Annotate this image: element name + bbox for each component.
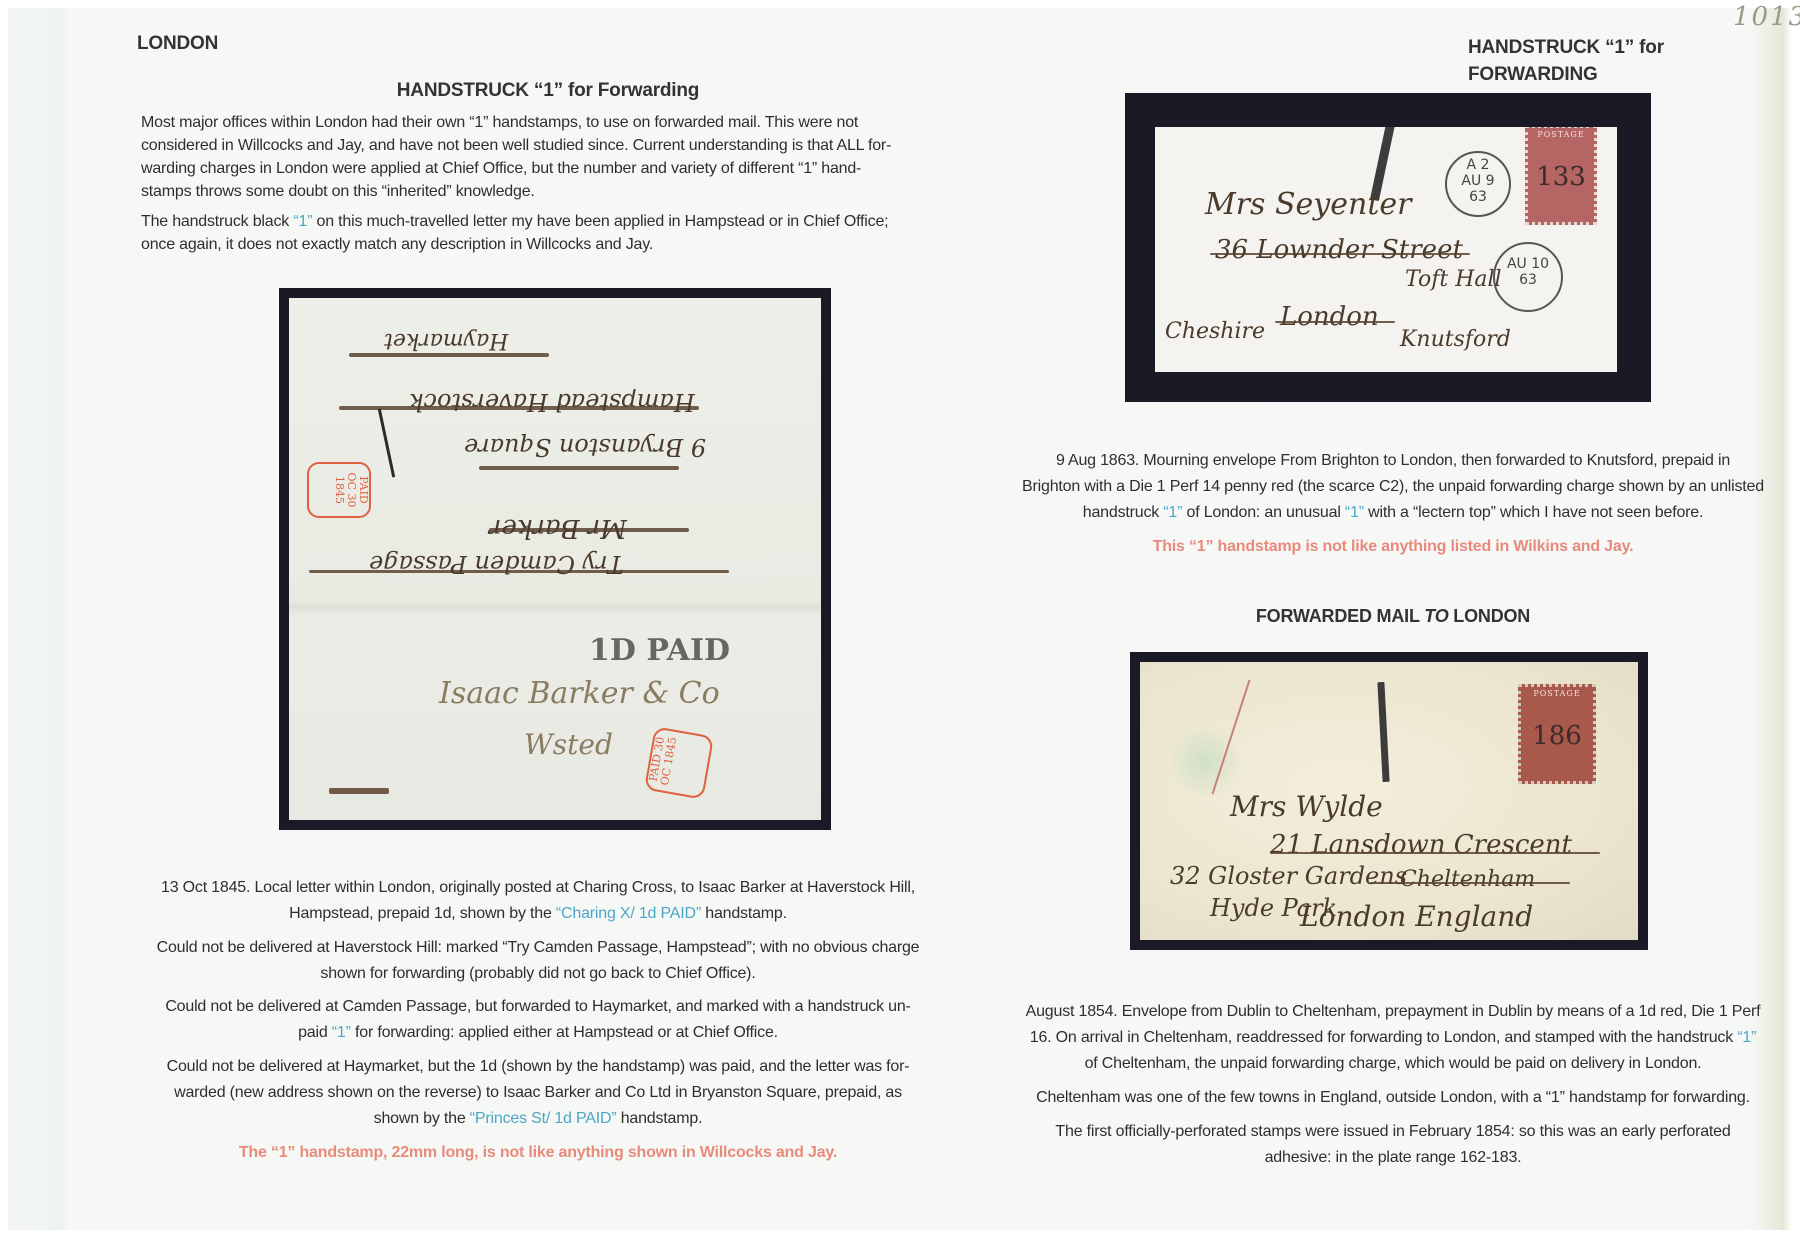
penny-red-stamp: POSTAGE 133	[1525, 127, 1597, 225]
charing-x-highlight: “Charing X/ 1d PAID”	[556, 905, 701, 922]
section-title-london: LONDON	[137, 30, 218, 57]
letter-1845-image: Haymarket Hampstead Haverstock 9 Bryanst…	[279, 288, 831, 830]
page-number-handwritten: 1013	[1733, 2, 1800, 32]
envelope1-note: This “1” handstamp is not like anything …	[998, 533, 1788, 560]
brighton-postmark: A 2AU 963	[1445, 151, 1511, 217]
paid-handstamp: 1D PAID	[589, 633, 730, 668]
penny-red-perf-stamp: POSTAGE 186	[1518, 684, 1596, 784]
highlight-1: “1”	[293, 213, 312, 230]
mourning-envelope-image: A 2AU 963 AU 1063 POSTAGE 133 Mrs Seyent…	[1125, 93, 1651, 402]
page-title-right: HANDSTRUCK “1” for FORWARDING	[1468, 34, 1792, 88]
london-postmark: AU 1063	[1493, 242, 1563, 312]
red-princes-st-stamp: PAID 30 OC 1845	[644, 726, 714, 799]
letter-note: The “1” handstamp, 22mm long, is not lik…	[128, 1139, 948, 1166]
princes-st-highlight: “Princes St/ 1d PAID”	[470, 1110, 617, 1127]
section-title-forwarded-mail: FORWARDED MAIL TO LONDON	[998, 603, 1788, 630]
cheltenham-one-handstamp	[1377, 682, 1389, 782]
page-title-left: HANDSTRUCK “1” for Forwarding	[138, 77, 958, 104]
cheltenham-envelope-image: POSTAGE 186 Mrs Wylde 21 Lansdown Cresce…	[1130, 652, 1648, 950]
red-octagonal-datestamp: PAIDOC 301845	[307, 462, 371, 518]
album-page-spread: LONDON HANDSTRUCK “1” for Forwarding Mos…	[8, 8, 1792, 1230]
handstruck-one-mark	[378, 408, 395, 477]
